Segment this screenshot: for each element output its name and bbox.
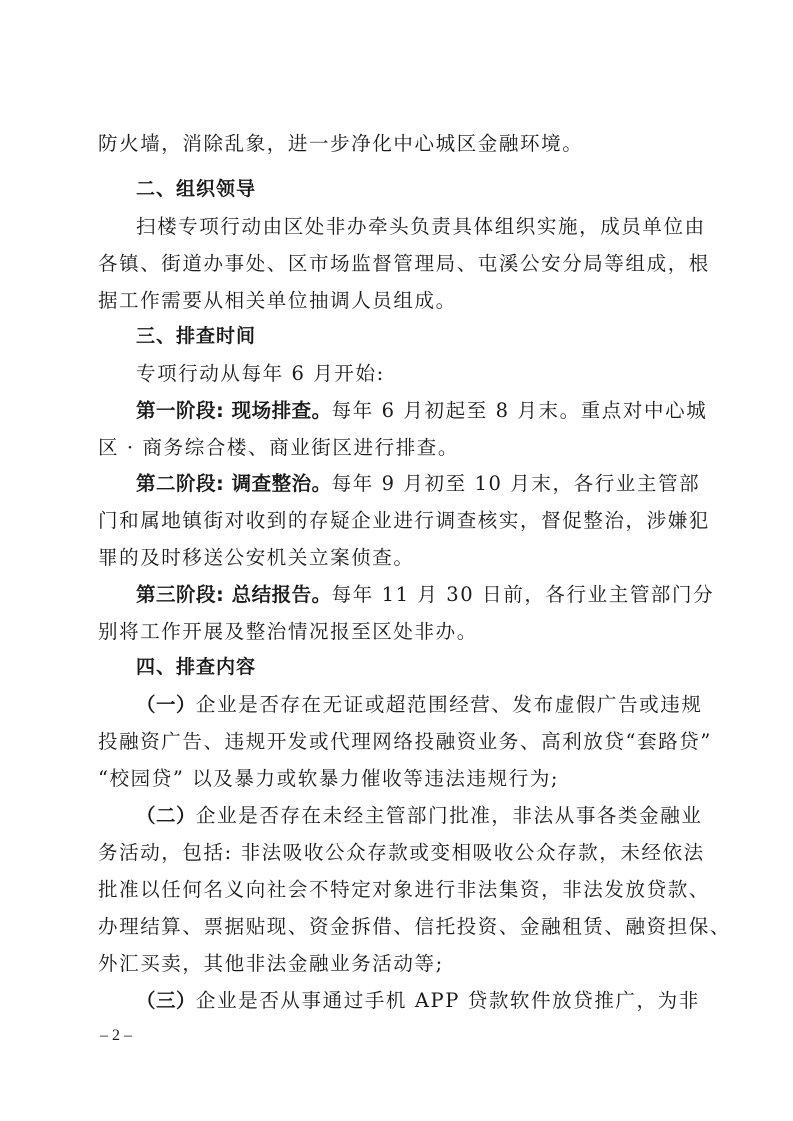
paragraph-line: 各镇、街道办事处、区市场监督管理局、屯溪公安分局等组成，根 — [98, 251, 698, 277]
paragraph-line: 门和属地镇街对收到的存疑企业进行调查核实，督促整治，涉嫌犯 — [98, 508, 698, 534]
stage-one-line: 第一阶段: 现场排查。每年 6 月初起至 8 月末。重点对中心城 — [136, 398, 736, 424]
item-one-label: （一） — [136, 693, 196, 716]
paragraph-line: 专项行动从每年 6 月开始: — [136, 361, 736, 387]
stage-three-text: 每年 11 月 30 日前，各行业主管部门分 — [332, 583, 715, 606]
item-three-line: （三）企业是否从事通过手机 APP 贷款软件放贷推广，为非 — [136, 988, 736, 1014]
item-one-line: （一）企业是否存在无证或超范围经营、发布虚假广告或违规 — [136, 692, 736, 718]
stage-two-label: 第二阶段: 调查整治。 — [136, 472, 332, 495]
paragraph-line: 别将工作开展及整治情况报至区处非办。 — [98, 619, 698, 645]
paragraph-line: 区 · 商务综合楼、商业街区进行排查。 — [98, 435, 698, 461]
item-two-line: （二）企业是否存在未经主管部门批准，非法从事各类金融业 — [136, 803, 736, 829]
item-two-text: 企业是否存在未经主管部门批准，非法从事各类金融业 — [196, 804, 702, 827]
item-three-label: （三） — [136, 989, 196, 1012]
stage-one-text: 每年 6 月初起至 8 月末。重点对中心城 — [332, 399, 708, 422]
item-two-label: （二） — [136, 804, 196, 827]
paragraph-line: 办理结算、票据贴现、资金拆借、信托投资、金融租赁、融资担保、 — [98, 914, 698, 940]
paragraph-line: 务活动，包括: 非法吸收公众存款或变相吸收公众存款，未经依法 — [98, 840, 698, 866]
stage-one-label: 第一阶段: 现场排查。 — [136, 399, 332, 422]
paragraph-line: 批准以任何名义向社会不特定对象进行非法集资，非法发放贷款、 — [98, 877, 698, 903]
section-heading-content: 四、排查内容 — [136, 654, 736, 680]
section-heading-schedule: 三、排查时间 — [136, 323, 736, 349]
document-page: 防火墙，消除乱象，进一步净化中心城区金融环境。 二、组织领导 扫楼专项行动由区处… — [0, 0, 793, 1121]
stage-two-line: 第二阶段: 调查整治。每年 9 月初至 10 月末，各行业主管部 — [136, 471, 736, 497]
section-heading-organization: 二、组织领导 — [136, 176, 736, 202]
item-three-text: 企业是否从事通过手机 APP 贷款软件放贷推广，为非 — [196, 989, 700, 1012]
page-number: – 2 – — [100, 1027, 132, 1045]
paragraph-line: 防火墙，消除乱象，进一步净化中心城区金融环境。 — [98, 131, 698, 157]
paragraph-line: 据工作需要从相关单位抽调人员组成。 — [98, 288, 698, 314]
paragraph-line: 扫楼专项行动由区处非办牵头负责具体组织实施，成员单位由 — [136, 214, 736, 240]
paragraph-line: 投融资广告、违规开发或代理网络投融资业务、高利放贷“套路贷” — [98, 729, 698, 755]
stage-three-label: 第三阶段: 总结报告。 — [136, 583, 332, 606]
stage-two-text: 每年 9 月初至 10 月末，各行业主管部 — [332, 472, 701, 495]
item-one-text: 企业是否存在无证或超范围经营、发布虚假广告或违规 — [196, 693, 702, 716]
paragraph-line: 罪的及时移送公安机关立案侦查。 — [98, 545, 698, 571]
paragraph-line: “校园贷” 以及暴力或软暴力催收等违法违规行为; — [98, 766, 698, 792]
paragraph-line: 外汇买卖，其他非法金融业务活动等; — [98, 951, 698, 977]
stage-three-line: 第三阶段: 总结报告。每年 11 月 30 日前，各行业主管部门分 — [136, 582, 736, 608]
